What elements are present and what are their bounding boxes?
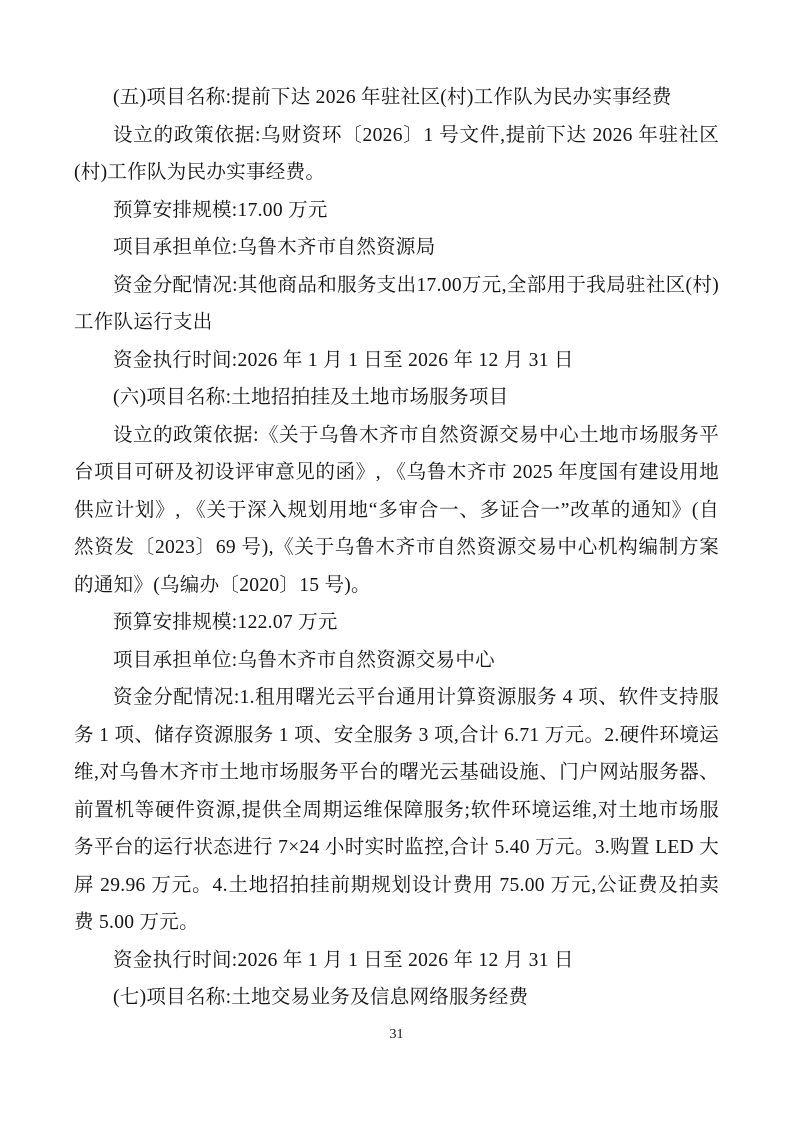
para-item5-execution-time: 资金执行时间:2026 年 1 月 1 日至 2026 年 12 月 31 日 (74, 342, 719, 380)
document-body: (五)项目名称:提前下达 2026 年驻社区(村)工作队为民办实事经费 设立的政… (74, 79, 719, 1017)
para-item6-fund-allocation: 资金分配情况:1.租用曙光云平台通用计算资源服务 4 项、软件支持服务 1 项、… (74, 679, 719, 942)
para-item6-policy-basis: 设立的政策依据:《关于乌鲁木齐市自然资源交易中心土地市场服务平台项目可研及初设评… (74, 417, 719, 605)
para-item5-budget-scale: 预算安排规模:17.00 万元 (74, 192, 719, 230)
para-item5-project-name: (五)项目名称:提前下达 2026 年驻社区(村)工作队为民办实事经费 (74, 79, 719, 117)
para-item5-fund-allocation: 资金分配情况:其他商品和服务支出17.00万元,全部用于我局驻社区(村)工作队运… (74, 267, 719, 342)
page-number: 31 (0, 1026, 793, 1044)
para-item6-project-name: (六)项目名称:土地招拍挂及土地市场服务项目 (74, 379, 719, 417)
para-item6-budget-scale: 预算安排规模:122.07 万元 (74, 604, 719, 642)
para-item5-policy-basis: 设立的政策依据:乌财资环〔2026〕1 号文件,提前下达 2026 年驻社区(村… (74, 117, 719, 192)
para-item6-execution-time: 资金执行时间:2026 年 1 月 1 日至 2026 年 12 月 31 日 (74, 942, 719, 980)
para-item7-project-name: (七)项目名称:土地交易业务及信息网络服务经费 (74, 979, 719, 1017)
document-page: (五)项目名称:提前下达 2026 年驻社区(村)工作队为民办实事经费 设立的政… (0, 0, 793, 1122)
para-item5-undertaking-unit: 项目承担单位:乌鲁木齐市自然资源局 (74, 229, 719, 267)
para-item6-undertaking-unit: 项目承担单位:乌鲁木齐市自然资源交易中心 (74, 642, 719, 680)
